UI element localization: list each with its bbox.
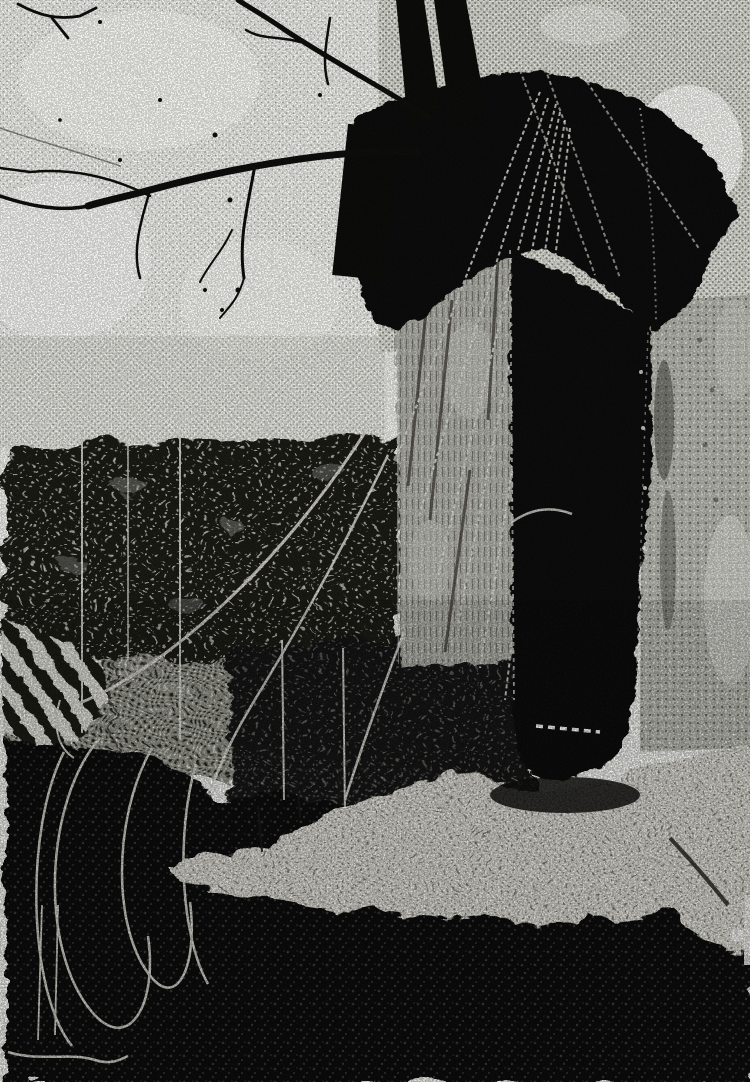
photo-canvas bbox=[0, 0, 750, 1082]
halftone-photo bbox=[0, 0, 750, 1082]
newsprint-grain bbox=[0, 0, 750, 1082]
